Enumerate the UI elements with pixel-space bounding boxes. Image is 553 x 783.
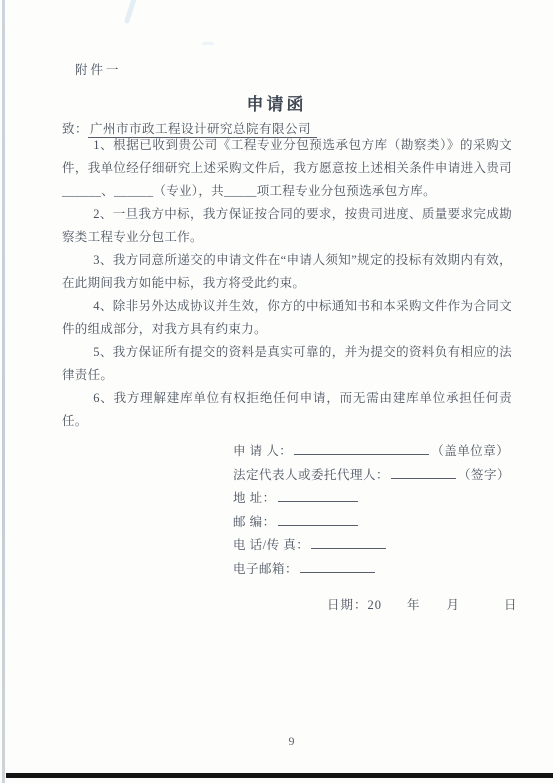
blank-line — [311, 536, 386, 549]
blank-line — [278, 513, 358, 526]
form-row-email: 电子邮箱： — [233, 558, 510, 582]
body-paragraph: 4、除非另外达成协议并生效，你方的中标通知书和本采购文件作为合同文件的组成部分，… — [62, 295, 512, 341]
form-label-email: 电子邮箱： — [233, 562, 298, 576]
form-row-legal-representative: 法定代表人或委托代理人：（签字） — [233, 464, 510, 488]
blank-line — [391, 466, 456, 479]
form-row-postcode: 邮 编： — [233, 511, 510, 535]
blank-line — [278, 489, 358, 502]
document-body: 1、根据已收到贵公司《工程专业分包预选承包方库（勘察类）》的采购文件，我单位经仔… — [62, 134, 512, 433]
date-prefix: 日期：20 — [327, 598, 382, 612]
page-number: 9 — [0, 734, 553, 749]
blank-line — [294, 442, 429, 455]
date-year-label: 年 — [407, 598, 421, 612]
form-row-applicant: 申 请 人：（盖单位章） — [233, 440, 510, 464]
scan-smudge — [124, 0, 137, 24]
form-label-address: 地 址： — [233, 491, 276, 505]
scan-bottom-edge-artifact — [6, 773, 553, 778]
form-label-legal-representative: 法定代表人或委托代理人： — [233, 468, 389, 482]
scanned-document-page: 附件一 申请函 致：广州市市政工程设计研究总院有限公司 1、根据已收到贵公司《工… — [0, 0, 553, 783]
body-paragraph: 3、我方同意所递交的申请文件在“申请人须知”规定的投标有效期内有效，在此期间我方… — [62, 249, 512, 295]
scan-smudge — [202, 42, 214, 45]
body-paragraph: 5、我方保证所有提交的资料是真实可靠的，并为提交的资料负有相应的法律责任。 — [62, 341, 512, 387]
form-row-phone-fax: 电 话/传 真： — [233, 534, 510, 558]
date-day-label: 日 — [504, 598, 518, 612]
form-row-address: 地 址： — [233, 487, 510, 511]
form-label-applicant: 申 请 人： — [233, 444, 292, 458]
blank-line — [300, 560, 375, 573]
date-month-label: 月 — [447, 598, 461, 612]
form-suffix-seal: （盖单位章） — [431, 444, 509, 458]
form-label-phone-fax: 电 话/传 真： — [233, 538, 309, 552]
attachment-label: 附件一 — [75, 60, 122, 78]
date-line: 日期：20年月日 — [327, 595, 518, 613]
form-label-postcode: 邮 编： — [233, 515, 276, 529]
body-paragraph: 6、我方理解建库单位有权拒绝任何申请，而无需由建库单位承担任何责任。 — [62, 387, 512, 433]
body-paragraph: 2、一旦我方中标，我方保证按合同的要求，按贵司进度、质量要求完成勘察类工程专业分… — [62, 203, 512, 249]
form-suffix-signature: （签字） — [458, 468, 510, 482]
body-paragraph: 1、根据已收到贵公司《工程专业分包预选承包方库（勘察类）》的采购文件，我单位经仔… — [62, 134, 512, 203]
scan-edge-artifact — [2, 0, 5, 783]
signature-form-block: 申 请 人：（盖单位章） 法定代表人或委托代理人：（签字） 地 址： 邮 编： … — [233, 440, 510, 582]
document-title: 申请函 — [0, 90, 553, 115]
